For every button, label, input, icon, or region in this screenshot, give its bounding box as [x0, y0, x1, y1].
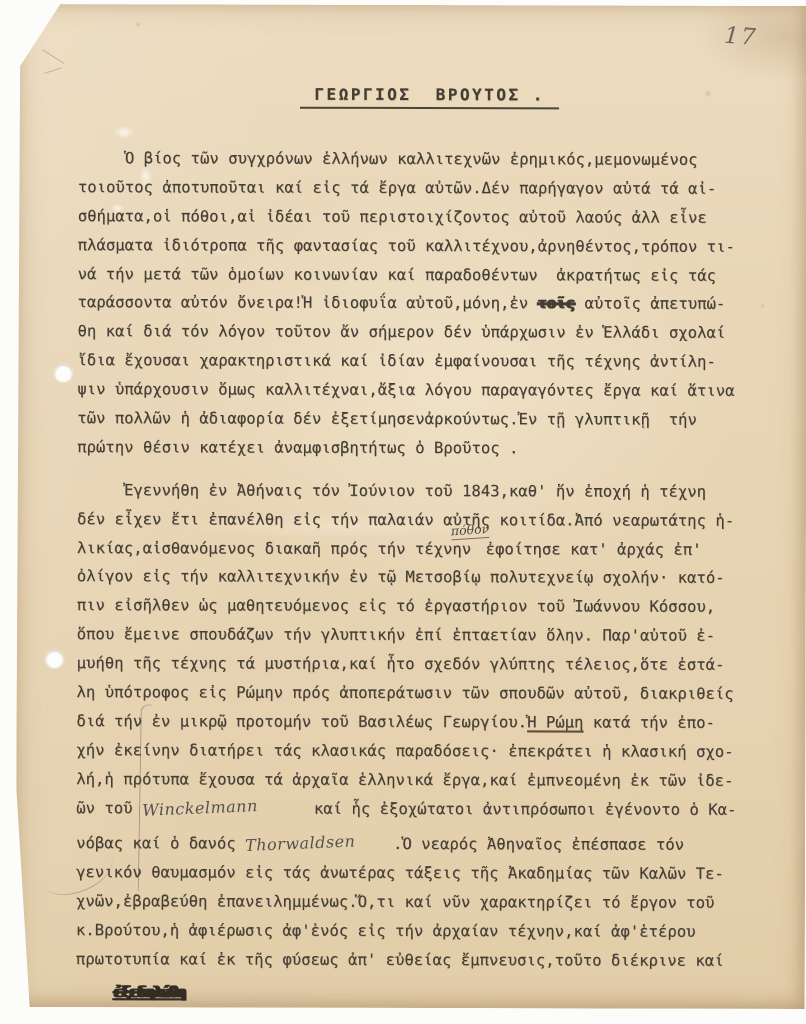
- typed-line: λικίας,αἰσθανόμενος διακαῆ πρός τήν τέχν…: [77, 534, 780, 565]
- typed-line: δέν εἶχεν ἔτι ἐπανέλθη εἰς τήν παλαιάν α…: [77, 505, 780, 536]
- title-row: ΓΕΩΡΓΙΟΣ ΒΡΟΥΤΟΣ .: [78, 84, 781, 124]
- text-segment: κατά τήν ἐπο-: [583, 713, 714, 731]
- text-segment: τοιοῦτος ἀποτυποῦται καί εἰς τά ἔργα αὐτ…: [78, 178, 716, 198]
- typed-line: ὀλίγον εἰς τήν καλλιτεχνικήν ἐν τῷ Μετσο…: [77, 563, 780, 594]
- text-segment: Ὁ βίος τῶν συγχρόνων ἑλλήνων καλλιτεχνῶν…: [78, 149, 698, 169]
- text-segment: ῶν τοῦ: [76, 799, 142, 817]
- paragraph-1: Ὁ βίος τῶν συγχρόνων ἑλλήνων καλλιτεχνῶν…: [77, 144, 781, 464]
- typed-line: διά τήν ἐν μικρῷ προτομήν τοῦ Βασιλέως Γ…: [76, 707, 779, 738]
- text-segment: χήν ἐκείνην διατήρει τάς κλασικάς παραδό…: [76, 741, 733, 761]
- typed-line: ταράσσοντα αὐτόν ὄνειρα!Ἡ ἰδιοφυΐα αὐτοῦ…: [77, 289, 780, 320]
- typewritten-page: 17 ΓΕΩΡΓΙΟΣ ΒΡΟΥΤΟΣ . Ὁ βίος τῶν συγχρόν…: [16, 4, 806, 1009]
- typed-line: γενικόν θαυμασμόν εἰς τάς ἀνωτέρας τάξει…: [76, 858, 779, 889]
- typed-line: πιν εἰσῆλθεν ὡς μαθητευόμενος εἰς τό ἐργ…: [77, 591, 780, 622]
- text-segment: πιν εἰσῆλθεν ὡς μαθητευόμενος εἰς τό ἐργ…: [77, 596, 715, 616]
- text-segment: ἐφοίτησε κατ' ἀρχάς ἐπ': [476, 540, 701, 559]
- punch-hole-top: [54, 364, 72, 382]
- text-segment: ψιν ὑπάρχουσιν ὅμως καλλιτέχναι,ἄξια λόγ…: [77, 380, 734, 400]
- text-segment: δέν εἶχεν ἔτι ἐπανέλθη εἰς τήν παλαιάν α…: [77, 510, 734, 530]
- text-segment: μυήθη τῆς τέχνης τά μυστήρια,καί ἦτο σχε…: [77, 654, 725, 674]
- typed-line: κ.Βρούτου,ἡ ἀφιέρωσις ἀφ'ἑνός εἰς τήν ἀρ…: [76, 916, 779, 947]
- typed-line: Ἐγεννήθη ἐν Ἀθήναις τόν Ἰούνιον τοῦ 1843…: [77, 476, 780, 507]
- text-segment: λη ὑπότροφος εἰς Ρώμην πρός ἀποπεράτωσιν…: [76, 683, 733, 703]
- text-segment: ὀλίγον εἰς τήν καλλιτεχνικήν ἐν τῷ Μετσο…: [77, 568, 725, 588]
- typed-line: νά τήν μετά τῶν ὁμοίων κοινωνίαν καί παρ…: [78, 260, 781, 291]
- typed-line: ἐξεδηλώθη: [76, 978, 779, 1009]
- typed-line: λή,ἡ πρότυπα ἔχουσα τά ἀρχαῖα ἑλληνικά ἔ…: [76, 765, 779, 796]
- text-segment: γενικόν θαυμασμόν εἰς τάς ἀνωτέρας τάξει…: [76, 863, 724, 883]
- text-segment: νόβας καί ὁ δανός: [76, 835, 245, 853]
- paragraph-2: Ἐγεννήθη ἐν Ἀθήναις τόν Ἰούνιον τοῦ 1843…: [76, 476, 780, 1009]
- text-segment: θη καί διά τόν λόγον τοῦτον ἄν σήμερον δ…: [77, 322, 725, 342]
- typed-line: ψιν ὑπάρχουσιν ὅμως καλλιτέχναι,ἄξια λόγ…: [77, 375, 780, 406]
- text-segment: ἴδια ἔχουσαι χαρακτηριστικά καί ἰδίαν ἐμ…: [77, 351, 715, 371]
- scanned-document-photo: 17 ΓΕΩΡΓΙΟΣ ΒΡΟΥΤΟΣ . Ὁ βίος τῶν συγχρόν…: [0, 0, 806, 1024]
- typed-line: τῶν πολλῶν ἡ ἀδιαφορία δέν ἐξετίμησενἀρκ…: [77, 404, 780, 435]
- typed-line: λη ὑπότροφος εἰς Ρώμην πρός ἀποπεράτωσιν…: [76, 678, 779, 709]
- page-content: ΓΕΩΡΓΙΟΣ ΒΡΟΥΤΟΣ . Ὁ βίος τῶν συγχρόνων …: [76, 84, 781, 1009]
- text-segment: τῶν πολλῶν ἡ ἀδιαφορία δέν ἐξετίμησενἀρκ…: [77, 409, 697, 429]
- handwritten-page-number: 17: [723, 23, 758, 51]
- text-segment: καί ἧς ἐξοχώτατοι ἀντιπρόσωποι ἐγένοντο …: [258, 799, 737, 818]
- typed-line: σθήματα,οἱ πόθοι,αἱ ἰδέαι τοῦ περιστοιχί…: [78, 202, 781, 233]
- typed-line: τοιοῦτος ἀποτυποῦται καί εἰς τά ἔργα αὐτ…: [78, 173, 781, 204]
- page-title: ΓΕΩΡΓΙΟΣ ΒΡΟΥΤΟΣ .: [300, 85, 559, 110]
- text-segment: νά τήν μετά τῶν ὁμοίων κοινωνίαν καί παρ…: [78, 265, 716, 285]
- text-segment-strike: τοῖς: [538, 295, 576, 313]
- typed-line: ἴδια ἔχουσαι χαρακτηριστικά καί ἰδίαν ἐμ…: [77, 346, 780, 377]
- typed-line: μυήθη τῆς τέχνης τά μυστήρια,καί ἦτο σχε…: [77, 649, 780, 680]
- typed-line: πρώτην θέσιν κατέχει ἀναμφισβητήτως ὁ Βρ…: [77, 433, 780, 464]
- text-segment-hand: Thorwaldsen: [245, 828, 356, 861]
- text-segment: διά τήν ἐν μικρῷ προτομήν τοῦ Βασιλέως Γ…: [76, 712, 527, 731]
- text-segment: [76, 983, 114, 1001]
- typed-line: χνῶν,ἐβραβεύθη ἐπανειλημμένως.Ὅ,τι καί ν…: [76, 887, 779, 918]
- body-text: Ὁ βίος τῶν συγχρόνων ἑλλήνων καλλιτεχνῶν…: [76, 144, 781, 1009]
- pencil-scratch: [44, 67, 61, 74]
- typed-line: χήν ἐκείνην διατήρει τάς κλασικάς παραδό…: [76, 736, 779, 767]
- pencil-scratch: [42, 49, 65, 64]
- text-segment: ταράσσοντα αὐτόν ὄνειρα!Ἡ ἰδιοφυΐα αὐτοῦ…: [78, 294, 538, 313]
- text-segment: λή,ἡ πρότυπα ἔχουσα τά ἀρχαῖα ἑλληνικά ἔ…: [76, 770, 733, 790]
- text-segment: αὐτοῖς ἀπετυπώ-: [575, 295, 725, 313]
- text-segment: .Ὁ νεαρός Ἀθηναῖος ἐπέσπασε τόν: [355, 835, 684, 854]
- text-segment: πρώτην θέσιν κατέχει ἀναμφισβητήτως ὁ Βρ…: [77, 438, 518, 457]
- text-segment-underline: Ἡ Ρώμη: [527, 713, 583, 731]
- text-segment: λικίας,αἰσθανόμενος διακαῆ πρός τήν τέχν…: [77, 539, 471, 558]
- text-segment: πρωτοτυπία καί ἐκ τῆς φύσεως ἀπ' εὐθείας…: [76, 950, 724, 970]
- text-segment: κ.Βρούτου,ἡ ἀφιέρωσις ἀφ'ἑνός εἰς τήν ἀρ…: [76, 921, 696, 941]
- typed-line: πρωτοτυπία καί ἐκ τῆς φύσεως ἀπ' εὐθείας…: [76, 945, 779, 976]
- text-segment: σθήματα,οἱ πόθοι,αἱ ἰδέαι τοῦ περιστοιχί…: [78, 207, 707, 227]
- typed-line: πλάσματα ἰδιότροπα τῆς φαντασίας τοῦ καλ…: [78, 231, 781, 262]
- text-segment: πλάσματα ἰδιότροπα τῆς φαντασίας τοῦ καλ…: [78, 236, 735, 256]
- typed-line: νόβας καί ὁ δανός Thorwaldsen .Ὁ νεαρός …: [76, 830, 779, 861]
- text-segment-hand: Winckelmann: [141, 792, 258, 826]
- typed-line: ῶν τοῦ Winckelmann καί ἧς ἐξοχώτατοι ἀντ…: [76, 794, 779, 825]
- typed-line: θη καί διά τόν λόγον τοῦτον ἄν σήμερον δ…: [77, 317, 780, 348]
- typed-line: Ὁ βίος τῶν συγχρόνων ἑλλήνων καλλιτεχνῶν…: [78, 144, 781, 175]
- text-segment: ὅπου ἔμεινε σπουδάζων τήν γλυπτικήν ἐπί …: [77, 625, 715, 645]
- text-segment-overstrike: ἐξεδηλώθη: [113, 983, 184, 1001]
- handwritten-insert-word: πόθον: [451, 523, 490, 540]
- punch-hole-bottom: [46, 650, 64, 668]
- text-segment: Ἐγεννήθη ἐν Ἀθήναις τόν Ἰούνιον τοῦ 1843…: [77, 481, 706, 501]
- typed-line: ὅπου ἔμεινε σπουδάζων τήν γλυπτικήν ἐπί …: [77, 620, 780, 651]
- text-segment: χνῶν,ἐβραβεύθη ἐπανειλημμένως.Ὅ,τι καί ν…: [76, 892, 714, 912]
